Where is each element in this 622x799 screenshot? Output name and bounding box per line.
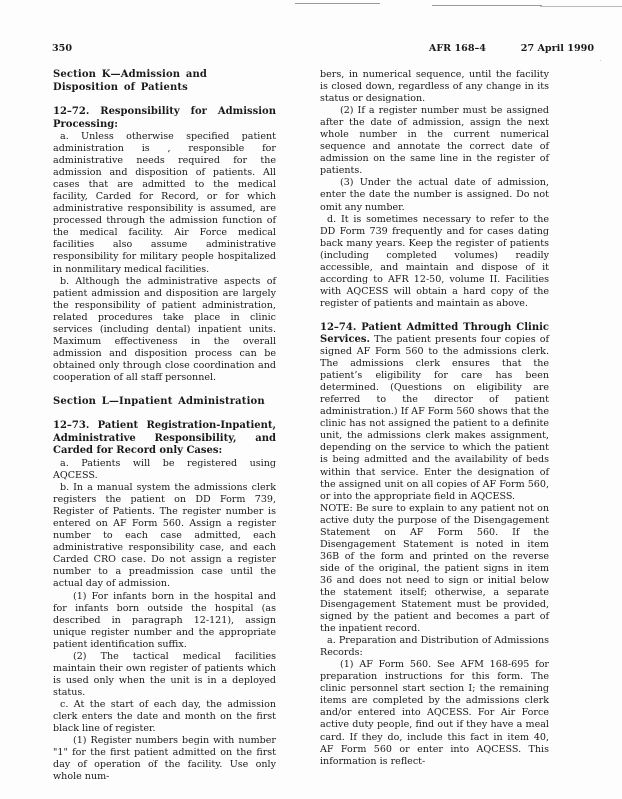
paragraph-12-74: 12–74. Patient Admitted Through Clinic S… [320,322,549,503]
paragraph-12-73-c: c. At the start of each day, the admissi… [53,699,276,735]
paragraph-12-73-c-3: (3) Under the actual date of admission, … [320,177,549,213]
page-number: 350 [52,43,72,54]
paragraph-12-73-heading: 12–73. Patient Registration-Inpatient, A… [53,420,276,458]
scan-speck [600,60,601,61]
paragraph-12-74-a-1: (1) AF Form 560. See AFM 168-695 for pre… [320,659,549,767]
scan-artifact-line [432,5,542,6]
paragraph-12-74-body: The patient presents four copies of sign… [320,334,549,502]
document-id: AFR 168–4 [429,43,486,54]
paragraph-12-73-c-1: (1) Register numbers begin with number "… [53,735,276,783]
section-l-heading: Section L—Inpatient Administration [53,396,276,409]
paragraph-12-72-b: b. Although the administrative aspects o… [53,276,276,384]
page-header: 350 AFR 168–4 27 April 1990 [52,43,594,57]
section-k-heading: Section K—Admission and Disposition of P… [53,69,276,94]
left-column: Section K—Admission and Disposition of P… [53,69,276,783]
paragraph-12-72-heading: 12–72. Responsibility for Admission Proc… [53,106,276,131]
scan-artifact-line [295,3,380,4]
document-date: 27 April 1990 [521,43,594,54]
paragraph-12-72-a: a. Unless otherwise specified patient ad… [53,131,276,276]
paragraph-12-73-c-2: (2) If a register number must be assigne… [320,105,549,177]
paragraph-12-73-b-2: (2) The tactical medical facilities main… [53,651,276,699]
paragraph-12-73-b: b. In a manual system the admissions cle… [53,482,276,590]
scan-artifact-line [540,6,622,7]
scan-speck [153,760,154,761]
paragraph-12-73-a: a. Patients will be registered using AQC… [53,458,276,482]
paragraph-12-73-d: d. It is sometimes necessary to refer to… [320,214,549,310]
right-column: bers, in numerical sequence, until the f… [320,69,549,768]
paragraph-12-74-note: NOTE: Be sure to explain to any patient … [320,503,549,636]
paragraph-12-74-a: a. Preparation and Distribution of Admis… [320,635,549,659]
paragraph-12-73-b-1: (1) For infants born in the hospital and… [53,591,276,651]
paragraph-12-73-c-1-continued: bers, in numerical sequence, until the f… [320,69,549,105]
